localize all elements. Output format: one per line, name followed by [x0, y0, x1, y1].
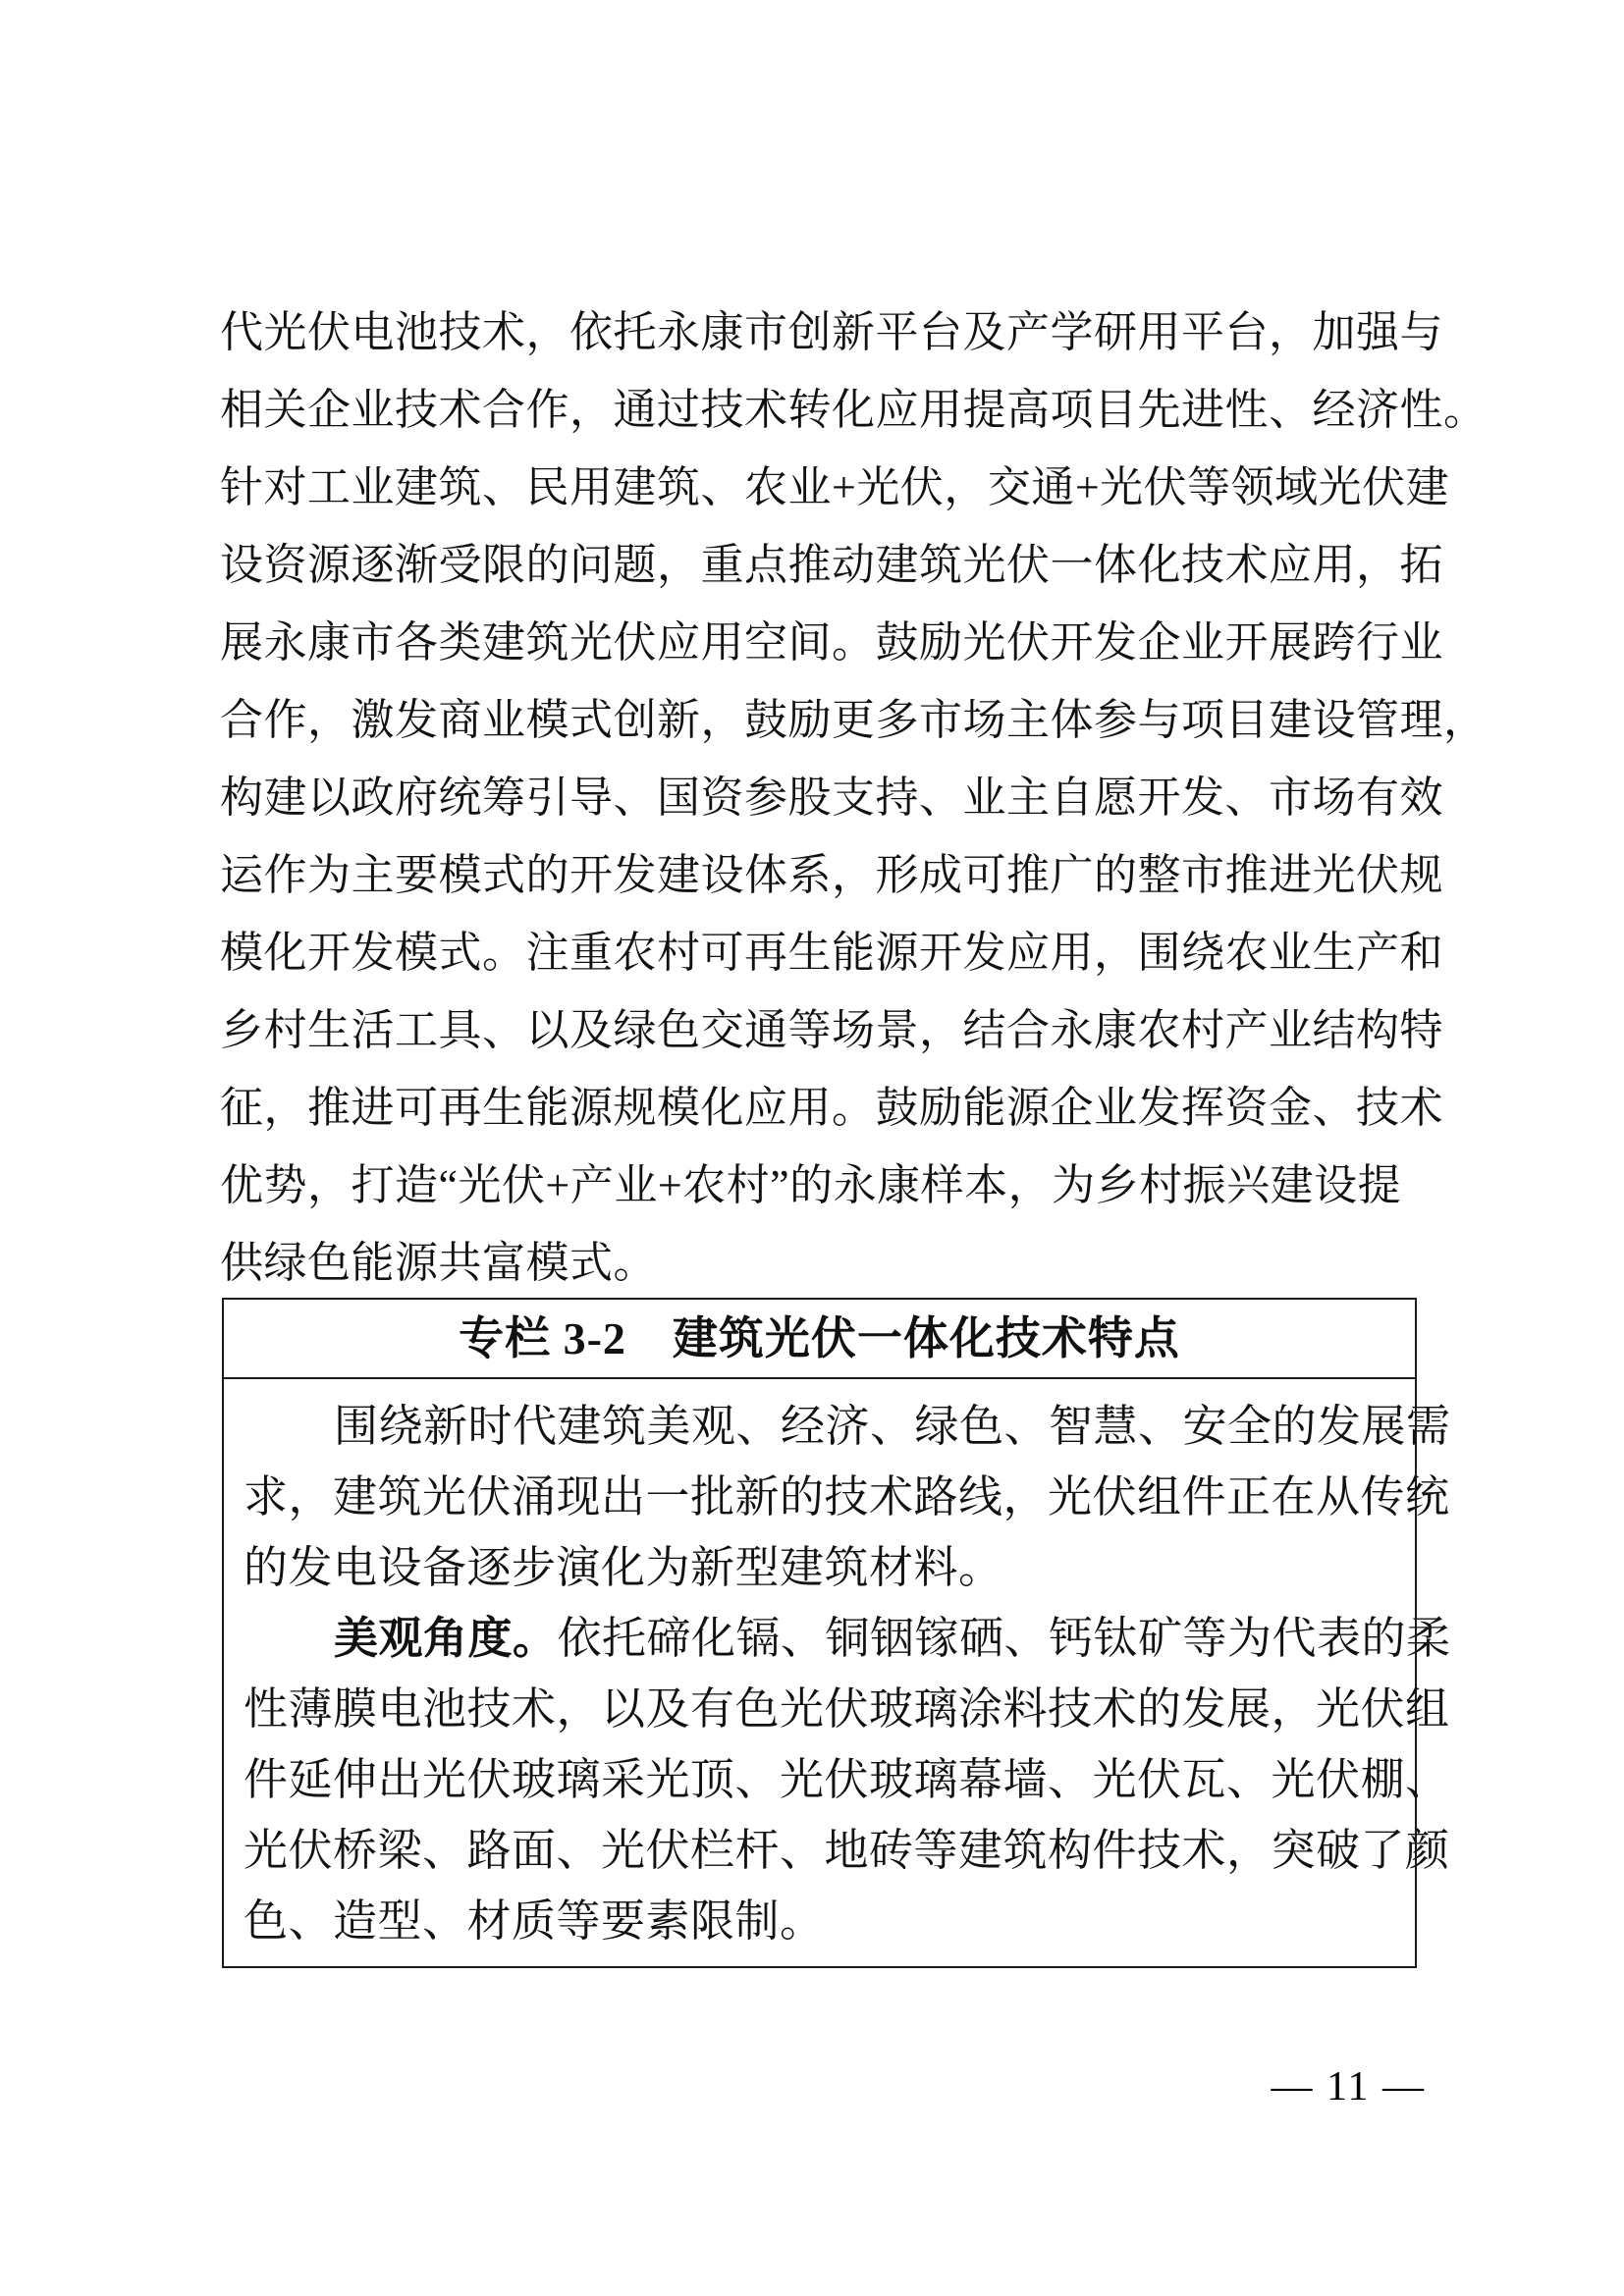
paragraph-line: 运作为主要模式的开发建设体系，形成可推广的整市推进光伏规 — [220, 836, 1437, 914]
paragraph-line: 模化开发模式。注重农村可再生能源开发应用，围绕农业生产和 — [220, 914, 1437, 991]
callout-box-line: 光伏桥梁、路面、光伏栏杆、地砖等建筑构件技术，突破了颜 — [244, 1815, 1397, 1886]
callout-box-line: 性薄膜电池技术，以及有色光伏玻璃涂料技术的发展，光伏组 — [244, 1674, 1397, 1744]
paragraph-line: 合作，激发商业模式创新，鼓励更多市场主体参与项目建设管理， — [220, 681, 1437, 759]
paragraph-line: 相关企业技术合作，通过技术转化应用提高项目先进性、经济性。 — [220, 371, 1437, 449]
paragraph-line: 展永康市各类建筑光伏应用空间。鼓励光伏开发企业开展跨行业 — [220, 604, 1437, 681]
paragraph-line: 征，推进可再生能源规模化应用。鼓励能源企业发挥资金、技术 — [220, 1069, 1437, 1147]
callout-box-line: 色、造型、材质等要素限制。 — [244, 1886, 1397, 1956]
paragraph-line: 针对工业建筑、民用建筑、农业+光伏，交通+光伏等领域光伏建 — [220, 449, 1437, 526]
callout-box-line: 求，建筑光伏涌现出一批新的技术路线，光伏组件正在从传统 — [244, 1462, 1397, 1532]
page-number: — 11 — — [1272, 2063, 1426, 2110]
paragraph-line: 优势，打造“光伏+产业+农村”的永康样本，为乡村振兴建设提 — [220, 1147, 1437, 1224]
callout-box-body: 围绕新时代建筑美观、经济、绿色、智慧、安全的发展需求，建筑光伏涌现出一批新的技术… — [224, 1379, 1415, 1956]
paragraph-line: 代光伏电池技术，依托永康市创新平台及产学研用平台，加强与 — [220, 294, 1437, 371]
callout-box-title: 专栏 3-2 建筑光伏一体化技术特点 — [224, 1300, 1415, 1379]
callout-box-line: 美观角度。依托碲化镉、铜铟镓硒、钙钛矿等为代表的柔 — [244, 1603, 1397, 1674]
document-page: 代光伏电池技术，依托永康市创新平台及产学研用平台，加强与相关企业技术合作，通过技… — [0, 0, 1624, 2296]
callout-box-line: 围绕新时代建筑美观、经济、绿色、智慧、安全的发展需 — [244, 1391, 1397, 1462]
bold-lead-in: 美观角度。 — [334, 1614, 558, 1663]
callout-box-line: 的发电设备逐步演化为新型建筑材料。 — [244, 1532, 1397, 1603]
paragraph-line: 供绿色能源共富模式。 — [220, 1224, 1437, 1302]
callout-box-line: 件延伸出光伏玻璃采光顶、光伏玻璃幕墙、光伏瓦、光伏棚、 — [244, 1744, 1397, 1815]
paragraph-line: 乡村生活工具、以及绿色交通等场景，结合永康农村产业结构特 — [220, 991, 1437, 1069]
body-paragraph: 代光伏电池技术，依托永康市创新平台及产学研用平台，加强与相关企业技术合作，通过技… — [220, 294, 1437, 1302]
paragraph-line: 设资源逐渐受限的问题，重点推动建筑光伏一体化技术应用，拓 — [220, 526, 1437, 604]
callout-box-3-2: 专栏 3-2 建筑光伏一体化技术特点 围绕新时代建筑美观、经济、绿色、智慧、安全… — [222, 1298, 1417, 1968]
paragraph-line: 构建以政府统筹引导、国资参股支持、业主自愿开发、市场有效 — [220, 759, 1437, 836]
